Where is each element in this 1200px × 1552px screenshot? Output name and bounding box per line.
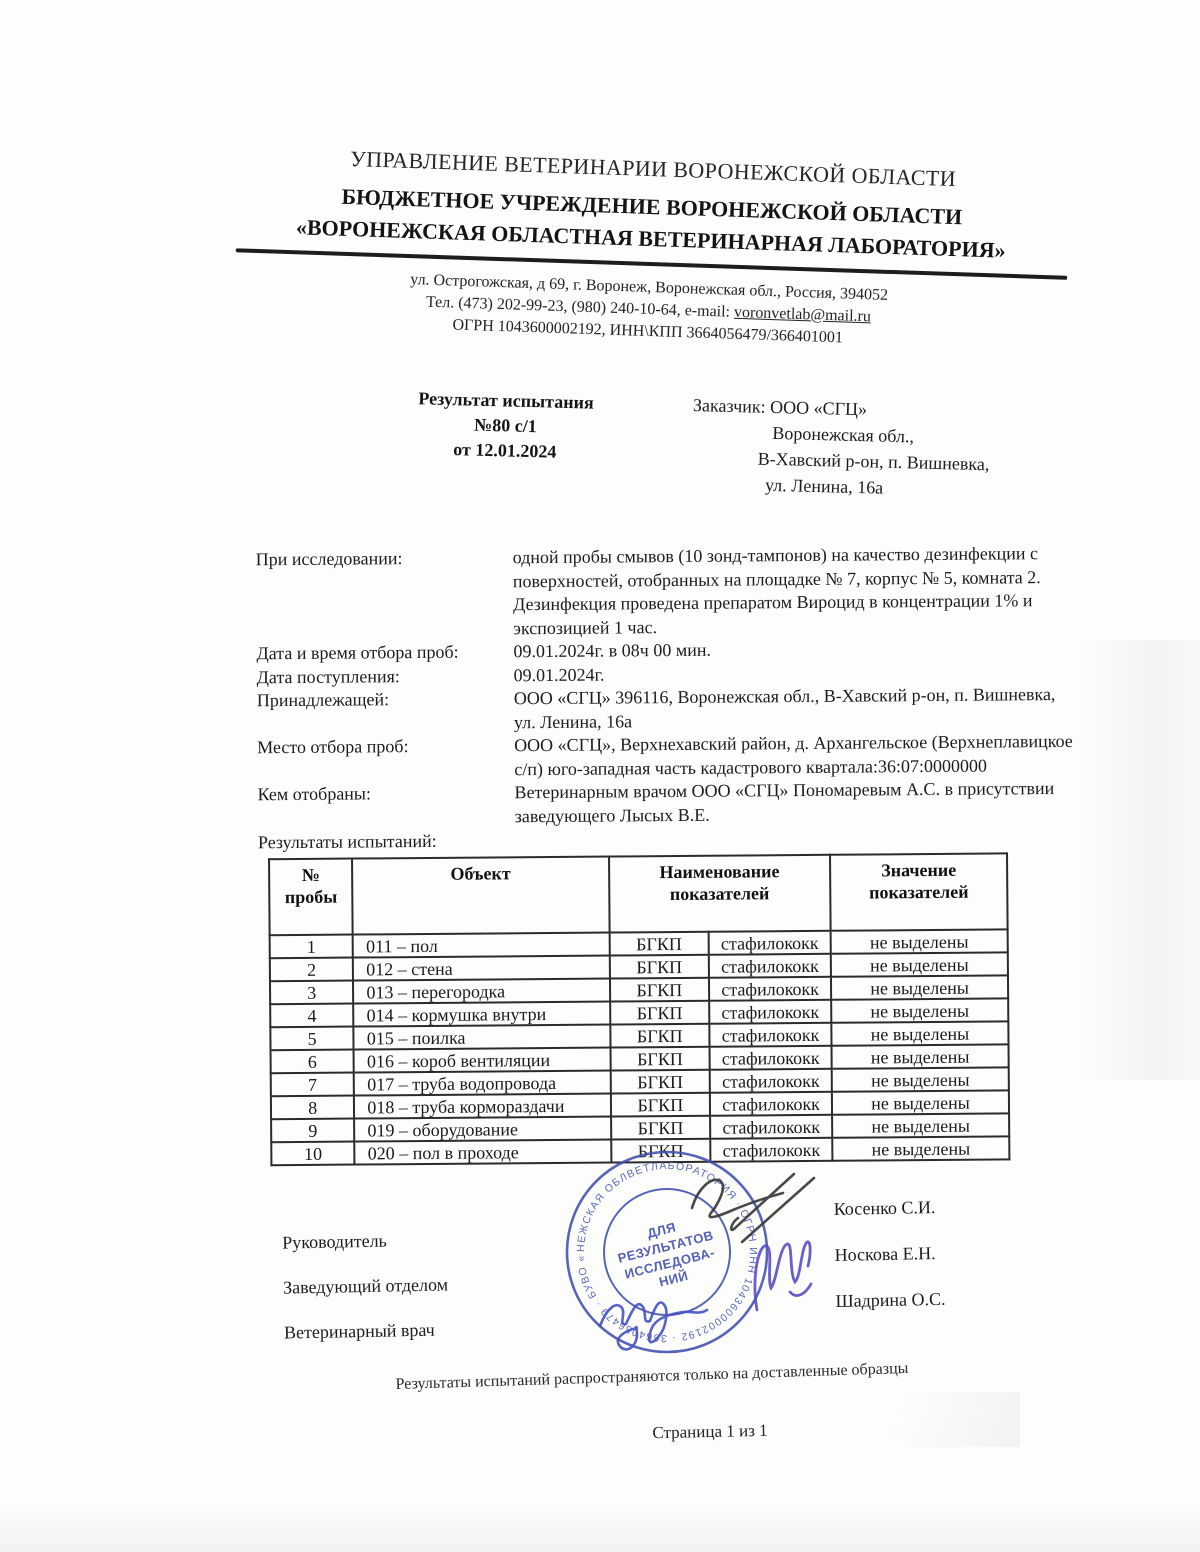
cell-indicator-bgkp: БГКП (609, 978, 709, 1002)
cell-indicator-staph: стафилококк (709, 1023, 831, 1047)
result-title-block: Результат испытания №80 с/1 от 12.01.202… (360, 385, 652, 467)
customer-address-line2: В-Хавский р-он, п. Вишневка, (757, 449, 989, 476)
signer-role: Руководитель (282, 1231, 387, 1254)
results-table: № пробы Объект Наименование показателей … (268, 852, 1010, 1166)
cell-value: не выделены (831, 998, 1008, 1022)
cell-indicator-bgkp: БГКП (610, 1024, 710, 1048)
test-info-section: При исследовании: одной пробы смывов (10… (256, 542, 1099, 1167)
cell-object: 018 – труба кормораздачи (354, 1094, 610, 1119)
cell-sample-no: 7 (271, 1073, 355, 1097)
cell-sample-no: 3 (270, 981, 354, 1005)
cell-object: 013 – перегородка (353, 979, 609, 1004)
cell-sample-no: 9 (271, 1119, 355, 1143)
cell-object: 012 – стена (353, 956, 609, 981)
cell-indicator-staph: стафилококк (710, 1092, 832, 1116)
cell-value: не выделены (831, 1021, 1008, 1045)
info-label: Кем отобраны: (257, 781, 514, 830)
cell-object: 015 – поилка (354, 1025, 610, 1050)
col-header-indicators: Наименование показателей (609, 855, 831, 933)
signer-role: Заведующий отделом (283, 1274, 448, 1298)
table-header-row: № пробы Объект Наименование показателей … (269, 853, 1008, 935)
cell-indicator-bgkp: БГКП (610, 1047, 710, 1071)
info-label: При исследовании: (256, 546, 514, 642)
cell-sample-no: 5 (270, 1027, 354, 1051)
lab-stamp: НЕЖСКАЯ ОБЛВЕТЛАБОРАТОРИЯ · ОГРН ИНН 104… (540, 1130, 860, 1375)
cell-indicator-bgkp: БГКП (610, 1001, 710, 1025)
letterhead: УПРАВЛЕНИЕ ВЕТЕРИНАРИИ ВОРОНЕЖСКОЙ ОБЛАС… (225, 126, 1077, 369)
cell-object: 017 – труба водопровода (354, 1071, 610, 1096)
col-header-object: Объект (352, 857, 609, 935)
info-value: ООО «СГЦ», Верхнехавский район, д. Архан… (514, 730, 1074, 781)
cell-value: не выделены (832, 1067, 1009, 1091)
info-row: При исследовании: одной пробы смывов (10… (256, 542, 1095, 643)
cell-object: 016 – короб вентиляции (354, 1048, 610, 1073)
info-label: Дата поступления: (257, 664, 514, 690)
scan-shadow-bottom (0, 1502, 1200, 1552)
cell-value: не выделены (831, 975, 1008, 999)
cell-indicator-staph: стафилококк (709, 931, 831, 955)
info-row: Место отбора проб: ООО «СГЦ», Верхнехавс… (257, 730, 1095, 784)
info-label: Дата и время отбора проб: (256, 640, 513, 666)
cell-indicator-staph: стафилококк (709, 1000, 831, 1024)
cell-value: не выделены (831, 952, 1008, 976)
cell-object: 014 – кормушка внутри (354, 1002, 610, 1027)
cell-sample-no: 1 (270, 935, 354, 959)
customer-address-line3: ул. Ленина, 16а (765, 475, 884, 499)
info-value: Ветеринарным врачом ООО «СГЦ» Пономаревы… (514, 777, 1074, 828)
info-label: Принадлежащей: (257, 687, 514, 736)
cell-indicator-bgkp: БГКП (610, 1093, 710, 1117)
info-label: Место отбора проб: (257, 734, 514, 783)
cell-sample-no: 10 (271, 1142, 355, 1166)
cell-indicator-staph: стафилококк (710, 1069, 832, 1093)
col-header-value: Значение показателей (830, 853, 1008, 930)
org-email: voronvetlab@mail.ru (734, 304, 871, 326)
cell-sample-no: 6 (271, 1050, 355, 1074)
stamp-center-text: ДЛЯ РЕЗУЛЬТАТОВ ИССЛЕДОВА- НИЙ (612, 1211, 723, 1298)
cell-indicator-bgkp: БГКП (609, 955, 709, 979)
scan-shadow-right (1082, 640, 1200, 1080)
document-page: УПРАВЛЕНИЕ ВЕТЕРИНАРИИ ВОРОНЕЖСКОЙ ОБЛАС… (0, 0, 1200, 1552)
customer-address-line1: Воронежская обл., (772, 423, 914, 447)
cell-indicator-bgkp: БГКП (610, 1070, 710, 1094)
cell-value: не выделены (832, 1044, 1009, 1068)
info-value: одной пробы смывов (10 зонд-тампонов) на… (513, 542, 1074, 640)
col-header-sample-no: № пробы (269, 859, 353, 936)
cell-object: 011 – пол (353, 933, 609, 958)
customer-label: Заказчик: ООО «СГЦ» (693, 395, 868, 420)
info-value: ООО «СГЦ» 396116, Воронежская обл., В-Ха… (514, 683, 1074, 734)
cell-sample-no: 2 (270, 958, 354, 982)
cell-sample-no: 4 (270, 1004, 354, 1028)
info-row: Кем отобраны: Ветеринарным врачом ООО «С… (257, 777, 1095, 831)
cell-value: не выделены (832, 1090, 1009, 1114)
cell-indicator-staph: стафилококк (710, 1046, 832, 1070)
cell-value: не выделены (831, 929, 1008, 953)
signer-role: Ветеринарный врач (284, 1320, 435, 1344)
cell-sample-no: 8 (271, 1096, 355, 1120)
cell-indicator-staph: стафилококк (709, 954, 831, 978)
result-header: Результат испытания №80 с/1 от 12.01.202… (279, 377, 1026, 515)
info-row: Принадлежащей: ООО «СГЦ» 396116, Воронеж… (257, 683, 1095, 737)
page-indicator: Страница 1 из 1 (360, 1415, 1060, 1450)
cell-indicator-staph: стафилококк (709, 977, 831, 1001)
cell-indicator-bgkp: БГКП (609, 932, 709, 956)
